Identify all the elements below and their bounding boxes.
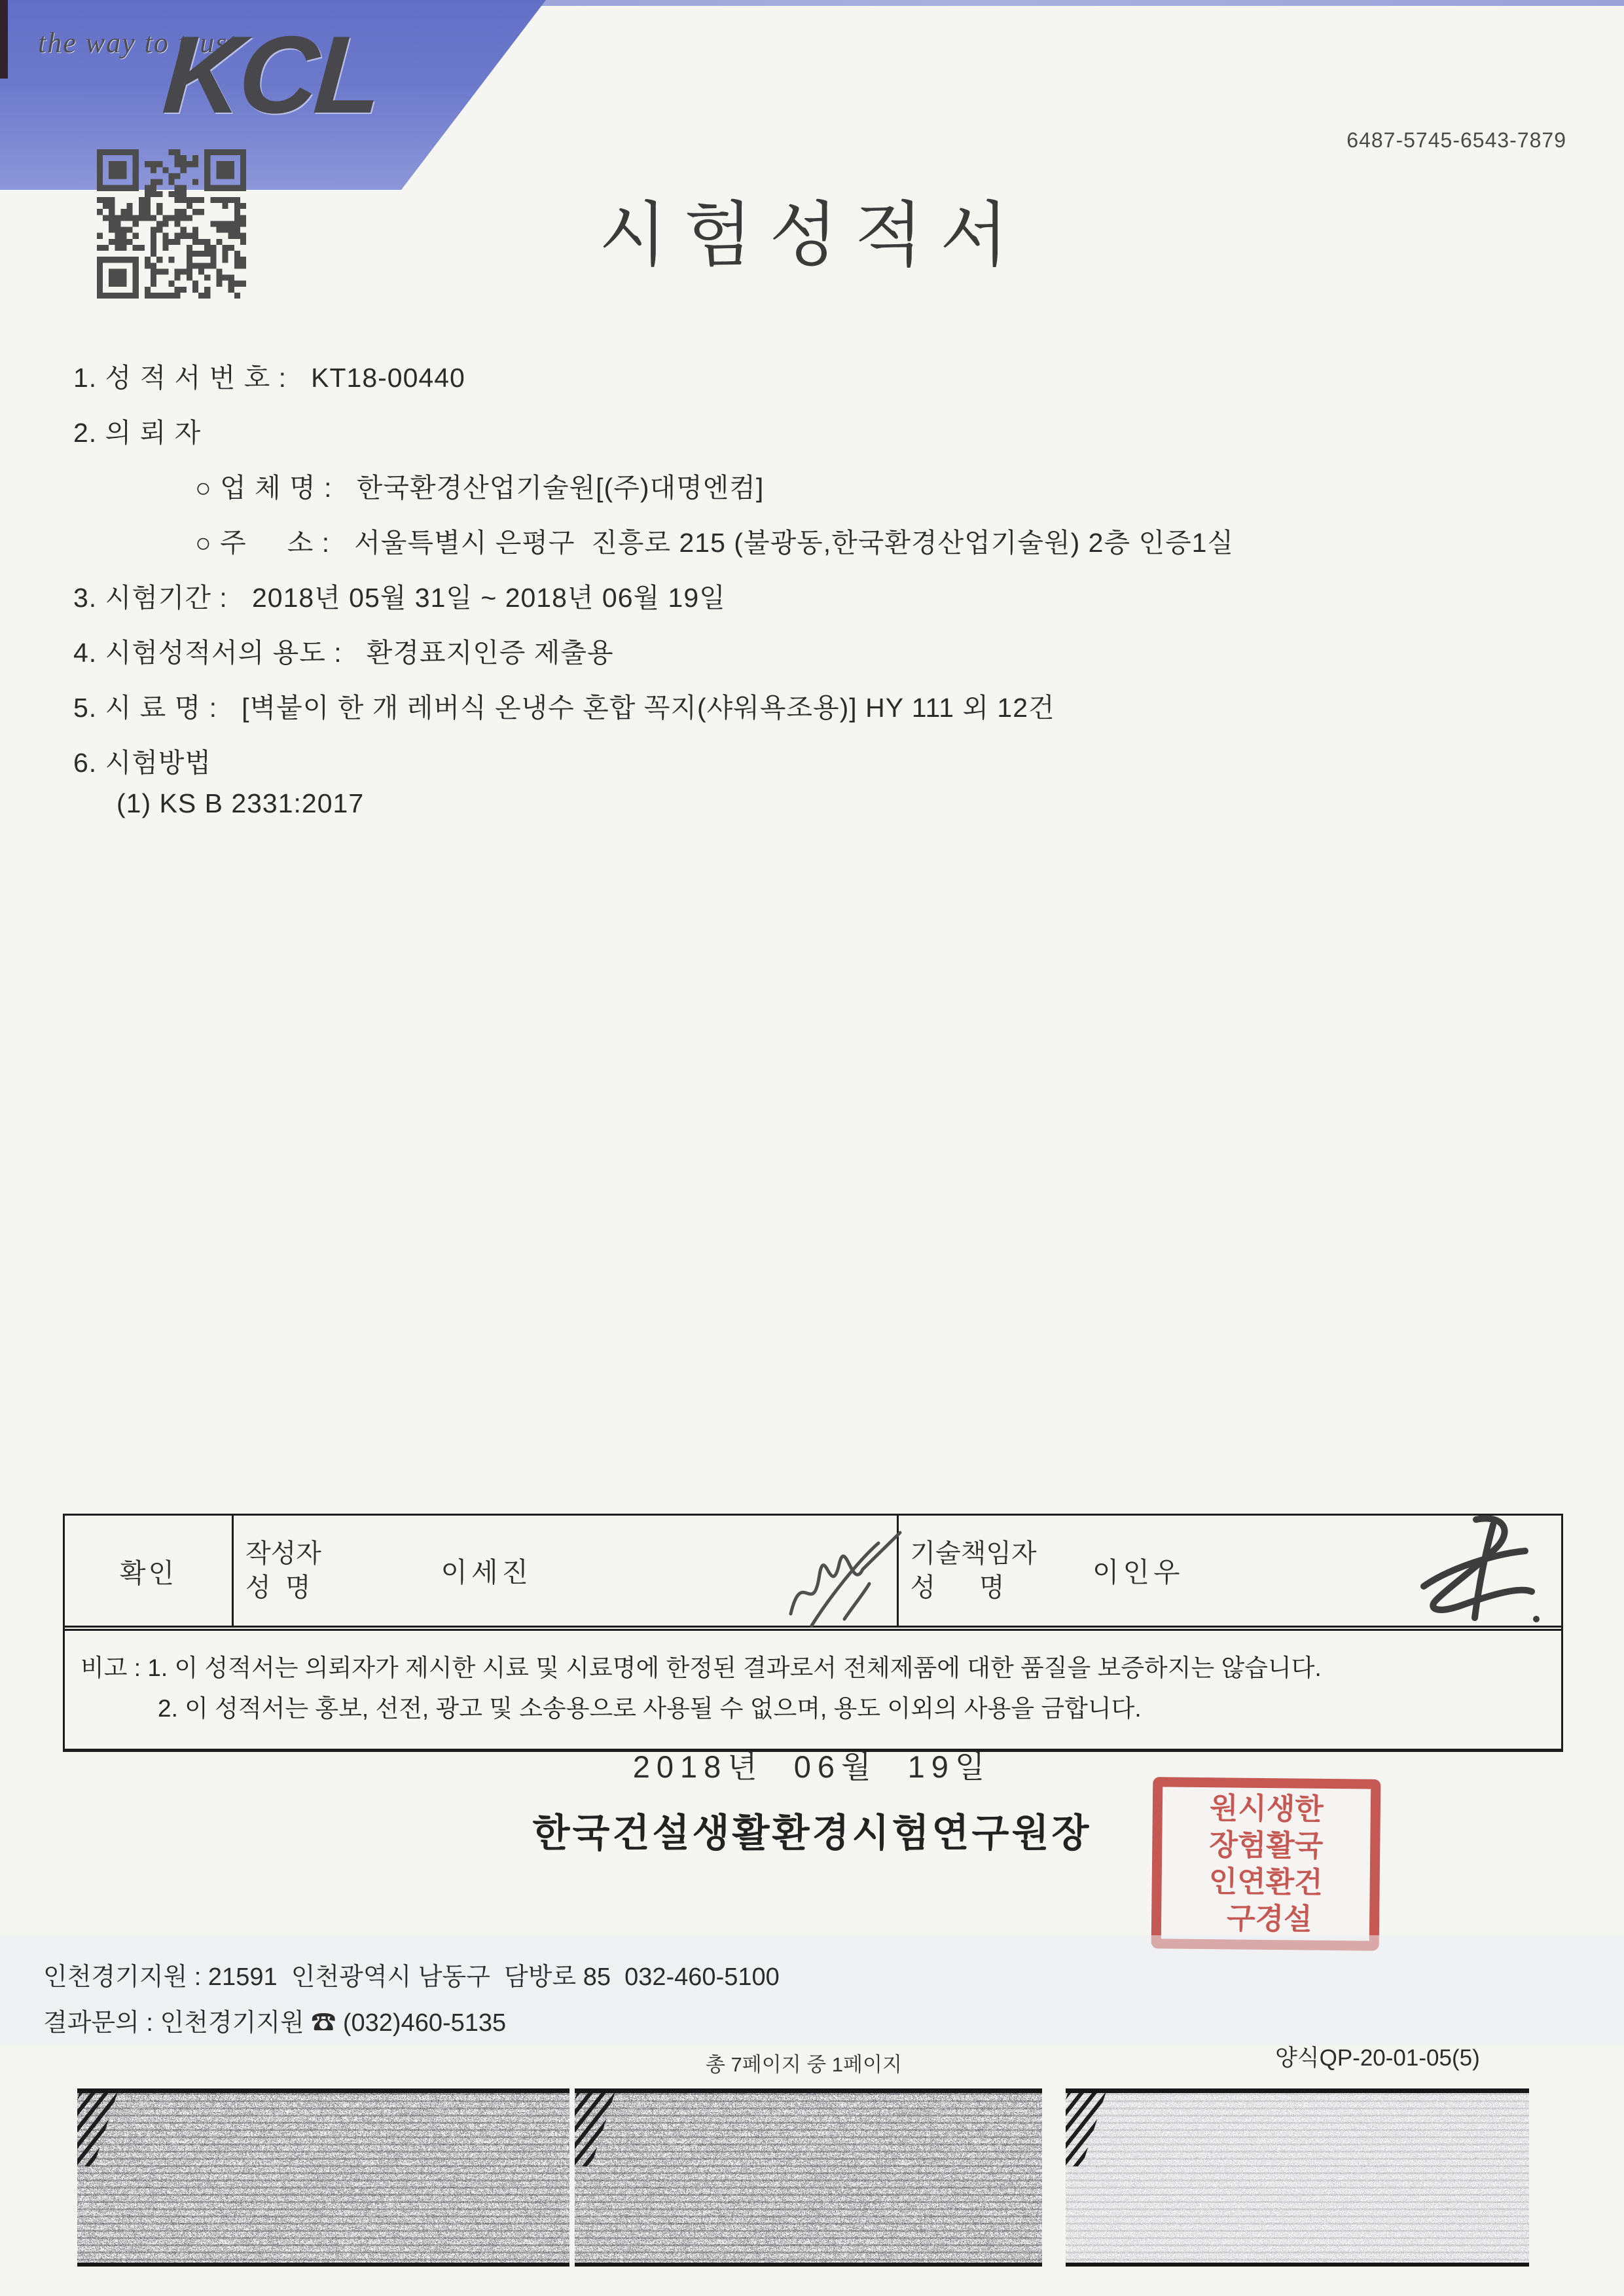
writer-cell: 작성자 성 명 이세진 [234, 1516, 899, 1626]
tech-manager-name: 이인우 [807, 1551, 1470, 1590]
branch-address: 인천경기지원 : 21591 인천광역시 남동구 담방로 85 032-460-… [43, 1956, 780, 1992]
noise-scanlines [77, 2093, 569, 2263]
confirmation-row: 확인 작성자 성 명 이세진 기술책임자 성 명 이인우 [65, 1516, 1561, 1626]
field-company-name: ○ 업 체 명 : 한국환경산업기술원[(주)대명엔컴] [73, 474, 1234, 501]
form-code: 양식QP-20-01-05(5) [1275, 2040, 1480, 2073]
field-test-method-standard: (1) KS B 2331:2017 [73, 790, 1234, 817]
official-red-seal: 원시생한 장험활국 인연환건 구경설 [1151, 1777, 1381, 1951]
issue-date: 2018년 06월 19일 [0, 1743, 1624, 1787]
field-address: ○ 주 소 : 서울특별시 은평구 진흥로 215 (불광동,한국환경산업기술원… [73, 529, 1234, 556]
field-test-period: 3. 시험기간 : 2018년 05월 31일 ~ 2018년 06월 19일 [73, 584, 1234, 611]
kcl-banner: the way to trust KCL [0, 0, 546, 190]
notes-row: 비고 : 1. 이 성적서는 의뢰자가 제시한 시료 및 시료명에 한정된 결과… [65, 1626, 1561, 1750]
noise-scanlines [575, 2093, 1042, 2263]
field-sample-name: 5. 시 료 명 : [벽붙이 한 개 레버식 온냉수 혼합 꼭지(샤워욕조용)… [73, 694, 1234, 721]
note-line-2: 2. 이 성적서는 홍보, 선전, 광고 및 소송용으로 사용될 수 없으며, … [81, 1688, 1544, 1729]
test-report-page: the way to trust KCL 6487-5745-6543-7879… [0, 0, 1624, 2296]
kcl-logo: KCL [159, 12, 382, 138]
scan-edge-artifact [0, 0, 8, 79]
contact-phone: 결과문의 : 인천경기지원 ☎ (032)460-5135 [43, 2002, 506, 2038]
field-test-method-heading: 6. 시험방법 [73, 749, 1234, 776]
writer-name: 이세진 [155, 1551, 818, 1590]
tech-manager-cell: 기술책임자 성 명 이인우 [899, 1516, 1562, 1626]
report-fields: 1. 성 적 서 번 호 : KT18-00440 2. 의 뢰 자 ○ 업 체… [73, 364, 1234, 830]
tech-manager-signature [1398, 1508, 1548, 1629]
noise-scanlines [1066, 2093, 1529, 2263]
field-report-number: 1. 성 적 서 번 호 : KT18-00440 [73, 364, 1234, 392]
document-serial-number: 6487-5745-6543-7879 [1346, 128, 1566, 153]
page-indicator: 총 7페이지 중 1페이지 [706, 2048, 902, 2077]
field-report-use: 4. 시험성적서의 용도 : 환경표지인증 제출용 [73, 639, 1234, 666]
security-noise-block-3 [1066, 2088, 1529, 2267]
security-noise-block-1 [77, 2088, 569, 2267]
note-line-1: 비고 : 1. 이 성적서는 의뢰자가 제시한 시료 및 시료명에 한정된 결과… [81, 1648, 1544, 1688]
security-noise-block-2 [575, 2088, 1042, 2267]
page-title: 시험성적서 [0, 178, 1624, 280]
confirmation-table: 확인 작성자 성 명 이세진 기술책임자 성 명 이인우 [63, 1514, 1563, 1752]
field-client-heading: 2. 의 뢰 자 [73, 419, 1234, 446]
